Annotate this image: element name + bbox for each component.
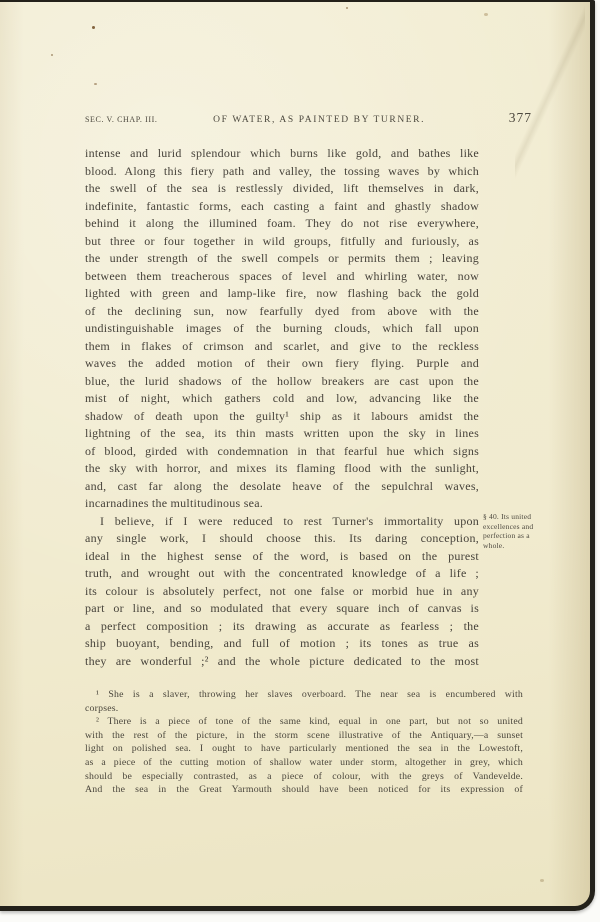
text-line: as a piece of the cutting motion of shal… [85,756,523,770]
footnote-2: ² There is a piece of tone of the same k… [85,715,523,797]
text-line: ² There is a piece of tone of the same k… [85,715,523,729]
text-line: and, cast far along the desolate heave o… [85,478,479,496]
text-line: with the rest of the picture, in the sto… [85,729,523,743]
text-line: And the sea in the Great Yarmouth should… [85,783,523,797]
text-line: the sky with horror, and mixes its flami… [85,460,479,478]
text-line: of blood, girded with condemnation in th… [85,443,479,461]
text-line: a perfect composition ; its drawing as a… [85,618,479,636]
running-header: SEC. V. CHAP. III. OF WATER, AS PAINTED … [85,110,532,126]
text-line: undistinguishable images of the burning … [85,320,479,338]
main-text-column: intense and lurid splendour which burns … [85,145,479,670]
foxing-spot [484,13,488,16]
foxing-spot [346,7,348,9]
text-line: intense and lurid splendour which burns … [85,145,479,163]
foxing-spot [92,26,95,29]
footnotes-block: ¹ She is a slaver, throwing her slaves o… [85,688,523,797]
text-line: § 40. Its united [483,512,555,522]
text-line: should be especially contrasted, as a pi… [85,770,523,784]
text-line: its colour is absolutely perfect, not on… [85,583,479,601]
foxing-spot [51,54,53,56]
text-line: behind it along the illumined foam. They… [85,215,479,233]
text-line: lightning of the sea, its thin masts wri… [85,425,479,443]
text-line: corpses. [85,702,523,716]
book-page-paper: SEC. V. CHAP. III. OF WATER, AS PAINTED … [0,0,595,911]
text-line: light on polished sea. I ought to have p… [85,742,523,756]
text-line: incarnadines the multitudinous sea. [85,495,479,513]
text-line: the under strength of the swell compels … [85,250,479,268]
margin-note: § 40. Its unitedexcellences andperfectio… [483,512,555,550]
text-line: indefinite, fantastic forms, each castin… [85,198,479,216]
text-line: they are wonderful ;² and the whole pict… [85,653,479,671]
text-line: excellences and [483,522,555,532]
text-line: blood. Along this fiery path and valley,… [85,163,479,181]
text-line: part or line, and so modulated that ever… [85,600,479,618]
text-line: but three or four together in wild group… [85,233,479,251]
text-line: truth, and wrought out with the concentr… [85,565,479,583]
paragraph-1: intense and lurid splendour which burns … [85,145,479,513]
text-line: mist of night, which gathers cold and lo… [85,390,479,408]
foxing-spot [94,83,97,85]
text-line: perfection as a [483,531,555,541]
paper-crease [515,2,585,182]
running-title: OF WATER, AS PAINTED BY TURNER. [213,115,425,125]
text-line: them in flakes of crimson and scarlet, a… [85,338,479,356]
paragraph-2: I believe, if I were reduced to rest Tur… [85,513,479,671]
foxing-spot [540,879,544,882]
text-line: I believe, if I were reduced to rest Tur… [85,513,479,531]
text-line: blue, the lurid shadows of the hollow br… [85,373,479,391]
text-line: ¹ She is a slaver, throwing her slaves o… [85,688,523,702]
text-line: ship buoyant, bending, and full of motio… [85,635,479,653]
text-line: between them treacherous spaces of level… [85,268,479,286]
page-number: 377 [509,110,532,126]
text-line: of the declining sun, now fearfully dyed… [85,303,479,321]
text-line: any single work, I should choose this. I… [85,530,479,548]
section-chapter-label: SEC. V. CHAP. III. [85,115,158,124]
scanned-book-page: SEC. V. CHAP. III. OF WATER, AS PAINTED … [0,0,600,922]
text-line: shadow of death upon the guilty¹ ship as… [85,408,479,426]
footnote-1: ¹ She is a slaver, throwing her slaves o… [85,688,523,715]
text-line: ideal in the highest sense of the word, … [85,548,479,566]
text-line: whole. [483,541,555,551]
text-line: lighted with green and lamp-like fire, n… [85,285,479,303]
text-line: waves the added motion of their own fier… [85,355,479,373]
text-line: the swell of the sea is restlessly divid… [85,180,479,198]
